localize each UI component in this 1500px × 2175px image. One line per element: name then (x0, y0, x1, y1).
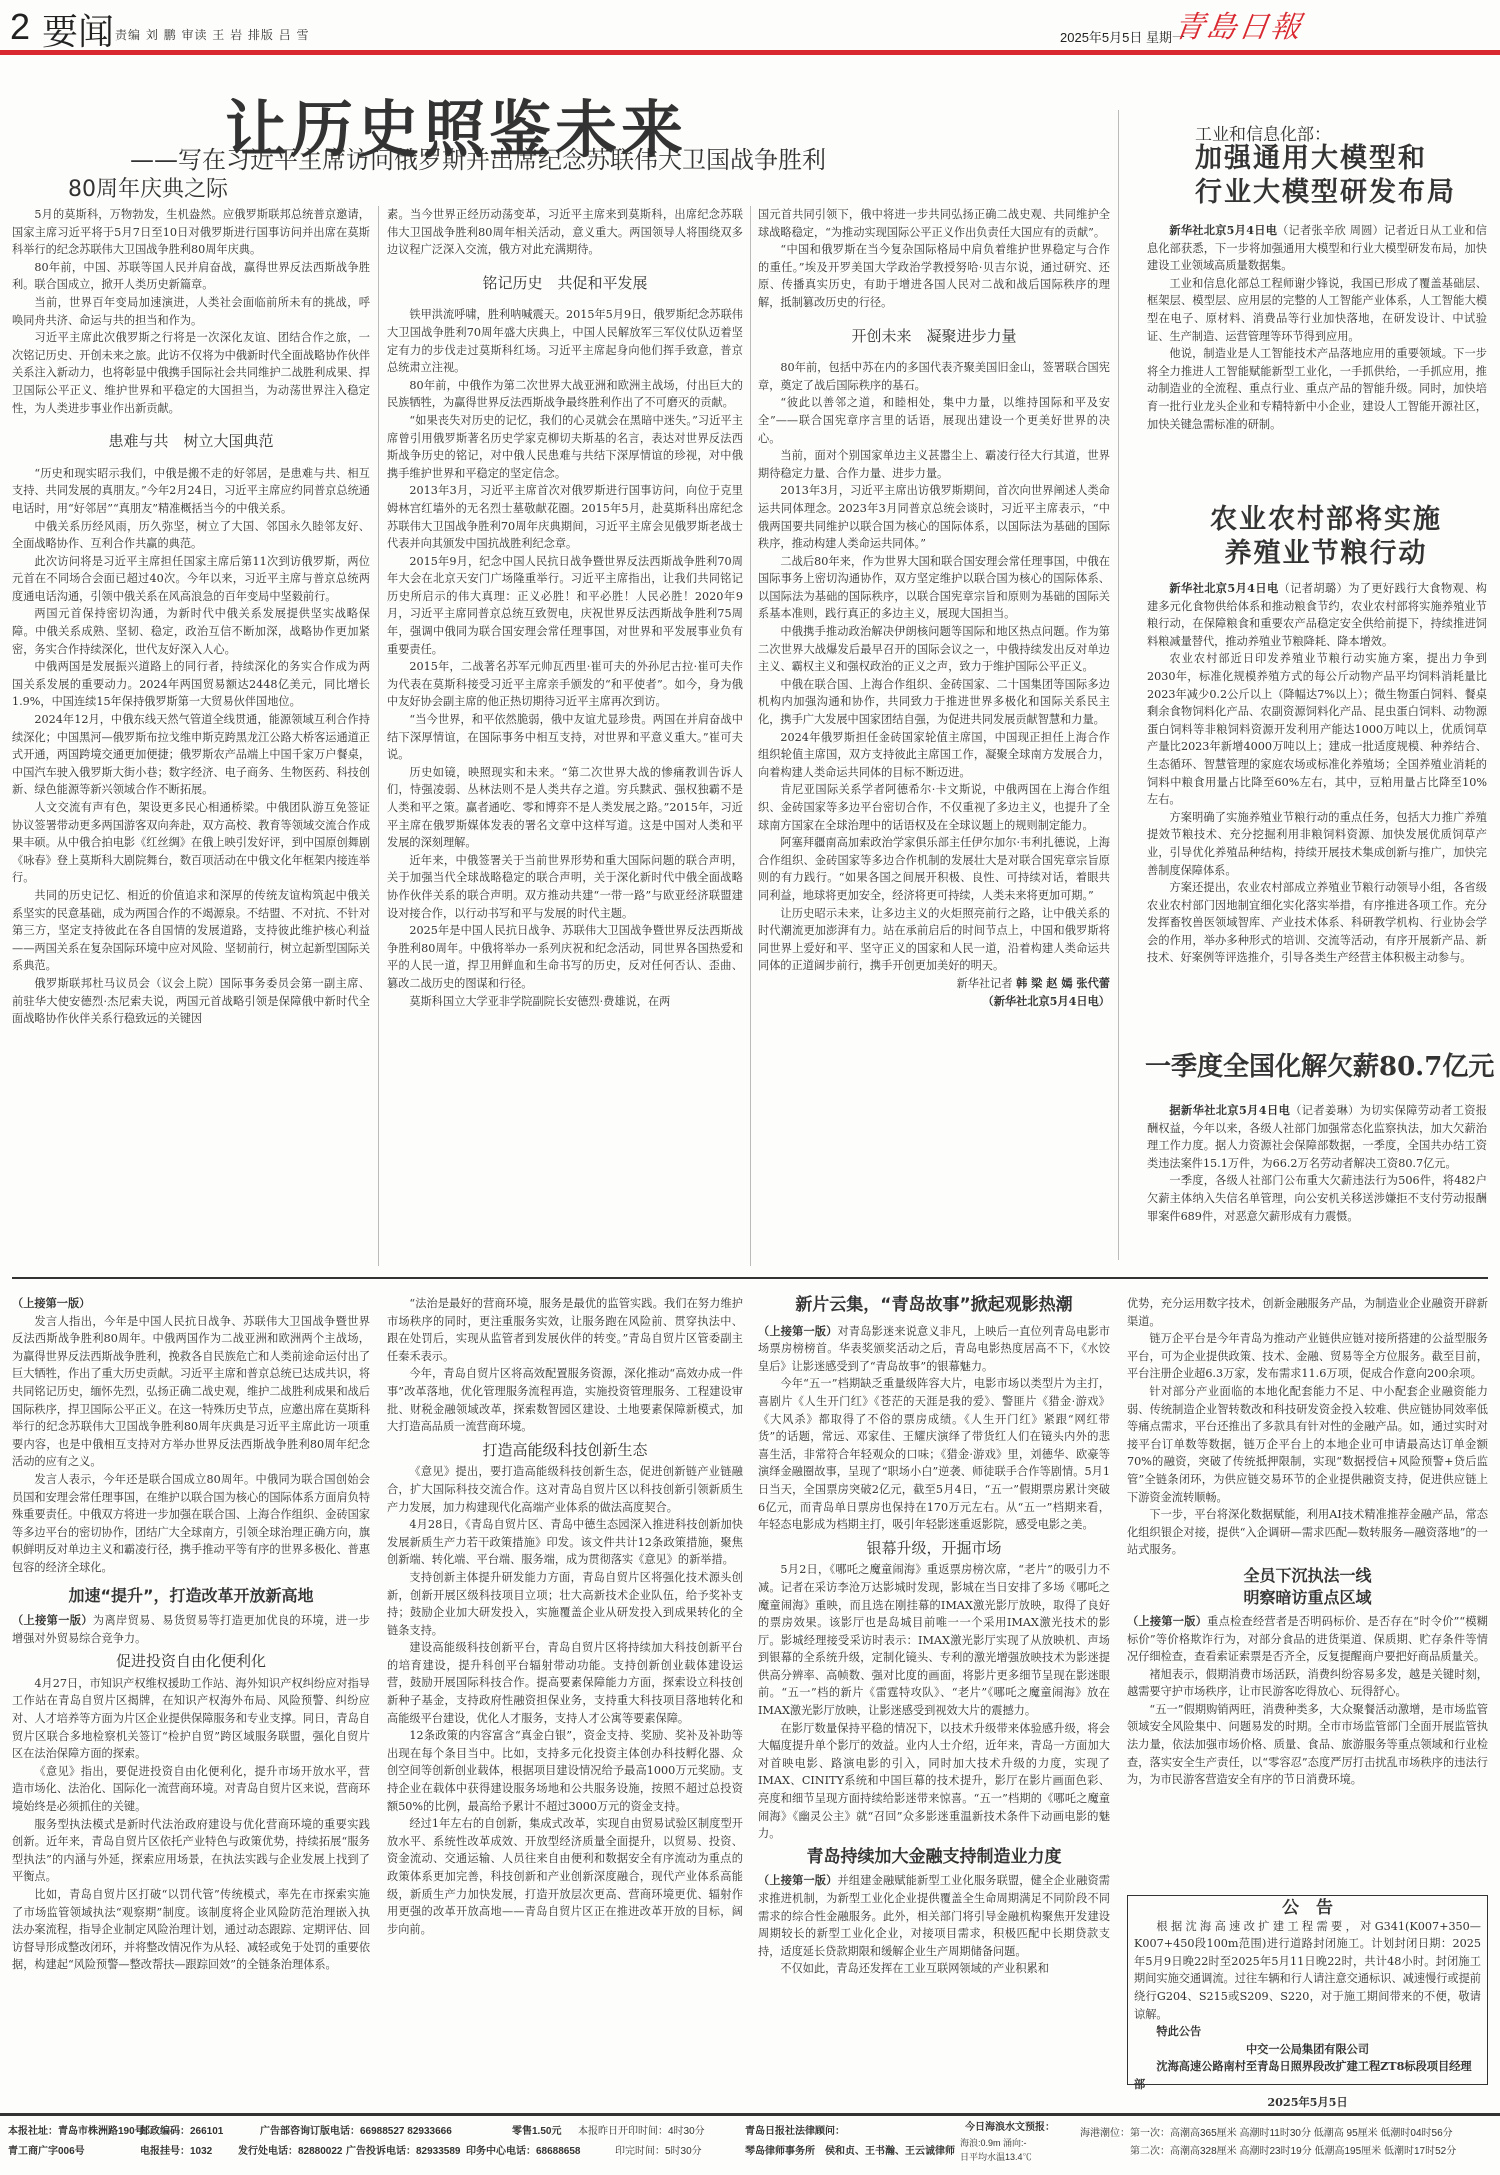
paragraph: 不仅如此，青岛还发挥在工业互联网领域的产业积累和 (758, 1960, 1110, 1978)
paragraph: 比如，青岛自贸片区打破“以罚代管”传统模式，率先在市探索实施了市场监管领域执法“… (12, 1886, 370, 1974)
footer-telegram: 电报挂号：1032 (140, 2142, 212, 2157)
paragraph: 2015年9月，纪念中国人民抗日战争暨世界反法西斯战争胜利70周年大会在北京天安… (387, 553, 743, 659)
reporter: （记者胡璐） (1279, 582, 1349, 595)
continued-label: （上接第一版） (758, 1324, 838, 1338)
paragraph: 中俄在联合国、上海合作组织、金砖国家、二十国集团等国际多边机构内加强沟通和协作，… (758, 676, 1110, 729)
notice-date: 2025年5月5日 (1134, 2094, 1481, 2112)
footer-license: 青工商广字006号 (8, 2142, 85, 2157)
public-notice-box: 公 告 根据沈海高速改扩建工程需要，对G341(K007+350—K007+45… (1127, 1895, 1488, 2085)
lower-column-4: 优势，充分运用数字技术，创新金融服务产品，为制造业企业融资开辟新渠道。 链万企平… (1127, 1295, 1488, 1789)
continued-label: （上接第一版） (12, 1613, 93, 1627)
footer-tide-2: 第二次：高潮高328厘米 高潮时23时19分 低潮高195厘米 低潮时17时52… (1130, 2142, 1456, 2157)
paragraph: 80年前，包括中苏在内的多国代表齐聚美国旧金山，签署联合国宪章，奠定了战后国际秩… (758, 359, 1110, 394)
paragraph: 4月27日，市知识产权维权援助工作站、海外知识产权纠纷应对指导工作站在青岛自贸片… (12, 1675, 370, 1763)
byline: 新华社记者 韩 梁 赵 嫣 张代蕾 (758, 975, 1110, 993)
paragraph: 莫斯科国立大学亚非学院副院长安德烈·费雄说，在两 (387, 993, 743, 1011)
footer-dist-phone: 发行处电话：82880022 (238, 2142, 343, 2157)
paragraph: 支持创新主体提升研发能力方面，青岛自贸片区将强化技术源头创新，创新开展区级科技项… (387, 1569, 743, 1639)
paragraph: 让历史昭示未来，让多边主义的火炬照亮前行之路，让中俄关系的时代潮流更加澎湃有力。… (758, 905, 1110, 975)
paragraph: 优势，充分运用数字技术，创新金融服务产品，为制造业企业融资开辟新渠道。 (1127, 1295, 1488, 1330)
side-article-headline: 加强通用大模型和 行业大模型研发布局 (1195, 142, 1456, 210)
notice-org: 沈海高速公路南村至青岛日照界段改扩建工程ZT8标段项目经理部 (1134, 2058, 1481, 2093)
footer-price: 零售1.50元 (512, 2122, 561, 2137)
lead-subtitle-line1: ——写在习近平主席访问俄罗斯并出席纪念苏联伟大卫国战争胜利 (130, 140, 826, 175)
paragraph: 近年来，中俄签署关于当前世界形势和重大国际问题的联合声明，关于加强当代全球战略稳… (387, 852, 743, 922)
footer-address: 本报社址：青岛市株洲路190号 (8, 2122, 145, 2137)
section-subheading: 促进投资自由化便利化 (12, 1653, 370, 1671)
side-article-2-body: 新华社北京5月4日电（记者胡璐）为了更好践行大食物观、构建多元化食物供给体系和推… (1147, 580, 1487, 967)
footer-forecast-title: 今日海浪水文预报： (965, 2118, 1055, 2133)
paragraph: 新华社北京5月4日电（记者张辛欣 周圆）记者近日从工业和信息化部获悉，下一步将加… (1147, 222, 1487, 275)
lower-column-3: 新片云集，“青岛故事”掀起观影热潮 （上接第一版）对青岛影迷来说意义非凡，上映后… (758, 1295, 1110, 1978)
reporter: （记者张辛欣 周圆） (1277, 224, 1384, 237)
side-article-headline: 农业农村部将实施 养殖业节粮行动 (1210, 503, 1442, 571)
dateline: （新华社北京5月4日电） (758, 993, 1110, 1011)
footer-print-start: 本报昨日开印时间：4时30分 (578, 2122, 705, 2137)
continued-label: （上接第一版） (758, 1873, 838, 1887)
footer-legal-label: 青岛日报社法律顾问： (745, 2122, 845, 2137)
paragraph: 《意见》提出，要打造高能级科技创新生态，促进创新链产业链融合，扩大国际科技交流合… (387, 1463, 743, 1516)
paragraph: 发言人表示，今年还是联合国成立80周年。中俄同为联合国创始会员国和安理会常任理事… (12, 1471, 370, 1577)
continued-label: （上接第一版） (1127, 1614, 1207, 1628)
paragraph: “中国和俄罗斯在当今复杂国际格局中肩负着维护世界稳定与合作的重任。”埃及开罗美国… (758, 241, 1110, 311)
paragraph: 今年“五一”档期缺乏重量级阵容大片，电影市场以类型片为主打，喜剧片《人生开门红》… (758, 1375, 1110, 1533)
paragraph: 工业和信息化部总工程师谢少锋说，我国已形成了覆盖基础层、框架层、模型层、应用层的… (1147, 275, 1487, 345)
paragraph: 人文交流有声有色，架设更多民心相通桥梁。中俄团队游互免签证协议签署带动更多两国游… (12, 799, 370, 887)
byline-label: 新华社记者 (957, 977, 1013, 990)
paragraph: 服务型执法模式是新时代法治政府建设与优化营商环境的重要实践创新。近年来，青岛自贸… (12, 1816, 370, 1886)
paragraph: 一季度，各级人社部门公布重大欠薪违法行为506件，将482户欠薪主体纳入失信名单… (1147, 1172, 1487, 1225)
paragraph: 针对部分产业面临的本地化配套能力不足、中小配套企业融资能力弱、传统制造企业智转数… (1127, 1383, 1488, 1506)
section-subheading: 患难与共 树立大国典范 (12, 433, 370, 451)
paragraph: 2024年12月，中俄东线天然气管道全线贯通，能源领域互利合作持续深化；中国黑河… (12, 711, 370, 799)
notice-org: 中交一公局集团有限公司 (1134, 2041, 1481, 2059)
paragraph: 12条政策的内容富含“真金白银”，资金支持、奖励、奖补及补助等出现在每个条目当中… (387, 1727, 743, 1815)
paragraph: 下一步，平台将深化数据赋能，利用AI技术精准推荐金融产品，常态化组织银企对接，提… (1127, 1506, 1488, 1559)
headline-line: 行业大模型研发布局 (1195, 176, 1456, 210)
article-headline: 全员下沉执法一线 明察暗访重点区域 (1127, 1565, 1488, 1609)
newspaper-logo: 青島日報 (1172, 2, 1306, 46)
paragraph: 80年前，中俄作为第二次世界大战亚洲和欧洲主战场，付出巨大的民族牺牲，为赢得世界… (387, 377, 743, 412)
paragraph: 农业农村部近日印发养殖业节粮行动实施方案，提出力争到2030年，标准化规模养殖方… (1147, 650, 1487, 808)
lead-article-column-3: 国元首共同引领下，俄中将进一步共同弘扬正确二战史观、共同维护全球战略稳定，“为推… (758, 206, 1110, 1010)
footer-postcode: 邮政编码：266101 (140, 2122, 223, 2137)
paragraph: 阿塞拜疆南高加索政治学家俱乐部主任伊尔加尔·韦利扎德说，上海合作组织、金砖国家等… (758, 834, 1110, 904)
paragraph: “五一”假期购销两旺，消费种类多，大众聚餐活动激增，是市场监管领域安全风险集中、… (1127, 1701, 1488, 1789)
section-name: 要闻 (42, 4, 114, 55)
footer-complaint-phone: 广告投诉电话：82933589 (346, 2142, 461, 2157)
paragraph: （上接第一版）为离岸贸易、易货贸易等打造更加优良的环境，进一步增强对外贸易综合竞… (12, 1612, 370, 1647)
paragraph: 肯尼亚国际关系学者阿德希尔·卡文斯说，中俄两国在上海合作组织、金砖国家等多边平台… (758, 781, 1110, 834)
lead-article-column-1: 5月的莫斯科，万物勃发，生机盎然。应俄罗斯联邦总统普京邀请，国家主席习近平将于5… (12, 206, 370, 1028)
paragraph: 铁甲洪流呼啸，胜利呐喊震天。2015年5月9日，俄罗斯纪念苏联伟大卫国战争胜利7… (387, 306, 743, 376)
paragraph: 共同的历史记忆、相近的价值追求和深厚的传统友谊构筑起中俄关系坚实的民意基础，成为… (12, 887, 370, 975)
side-article-headline: 一季度全国化解欠薪80.7亿元 (1145, 1050, 1494, 1084)
paragraph: 2013年3月，习近平主席首次对俄罗斯进行国事访问，向位于克里姆林宫红墙外的无名… (387, 482, 743, 552)
paragraph: “彼此以善邻之道，和睦相处，集中力量，以维持国际和平及安全”——联合国宪章序言里… (758, 394, 1110, 447)
dateline: 新华社北京5月4日电 (1169, 581, 1278, 595)
continued-label: （上接第一版） (12, 1295, 370, 1313)
headline-line: 加强通用大模型和 (1195, 142, 1456, 176)
paragraph: 经过1年左右的自创新，集成式改革，实现自由贸易试验区制度型开放水平、系统性改革成… (387, 1815, 743, 1938)
footer: 本报社址：青岛市株洲路190号 邮政编码：266101 广告部咨询订版电话：66… (0, 2113, 1500, 2175)
footer-water-temp: 日平均水温13.4℃ (960, 2150, 1032, 2163)
publication-date: 2025年5月5日 星期一 (1060, 27, 1185, 46)
headline-line: 农业农村部将实施 (1210, 503, 1442, 537)
paragraph: 2013年3月，习近平主席出访俄罗斯期间，首次向世界阐述人类命运共同体理念。20… (758, 482, 1110, 552)
page-number: 2 (10, 6, 30, 48)
paragraph: 二战后80年来，作为世界大国和联合国安理会常任理事国，中俄在国际事务上密切沟通协… (758, 553, 1110, 623)
dateline: 据新华社北京5月4日电 (1169, 1103, 1290, 1117)
notice-body: 根据沈海高速改扩建工程需要，对G341(K007+350—K007+450段10… (1134, 1918, 1481, 2024)
footer-tide-1: 第一次：高潮高365厘米 高潮时11时30分 低潮高 95厘米 低潮时04时56… (1130, 2124, 1453, 2139)
paragraph: “当今世界，和平依然脆弱，俄中友谊尤显珍贵。两国在并肩奋战中结下深厚情谊，在国际… (387, 711, 743, 764)
paragraph: 历史如镜，映照现实和未来。“第二次世界大战的惨痛教训告诉人们，恃强凌弱、丛林法则… (387, 764, 743, 852)
article-headline: 青岛持续加大金融支持制造业力度 (758, 1849, 1110, 1867)
paragraph: 2024年俄罗斯担任金砖国家轮值主席国，中国现正担任上海合作组织轮值主席国，双方… (758, 729, 1110, 782)
paragraph: 建设高能级科技创新平台，青岛自贸片区将持续加大科技创新平台的培育建设，提升科创平… (387, 1639, 743, 1727)
section-subheading: 开创未来 凝聚进步力量 (758, 328, 1110, 346)
reporter: （记者姜琳） (1290, 1104, 1360, 1117)
masthead: 2 要闻 责编 刘 鹏 审读 王 岩 排版 吕 雪 2025年5月5日 星期一 … (0, 0, 1500, 56)
paragraph: 方案还提出，农业农村部成立养殖业节粮行动领导小组，各省级农业农村部门因地制宜细化… (1147, 879, 1487, 967)
notice-title: 公 告 (1134, 1900, 1481, 1918)
paragraph: 此次访问将是习近平主席担任国家主席后第11次到访俄罗斯，两位元首在不同场合会面已… (12, 553, 370, 606)
paragraph: 中俄两国是发展振兴道路上的同行者，持续深化的务实合作成为两国关系发展的重要动力。… (12, 658, 370, 711)
section-subheading: 银幕升级，开掘市场 (758, 1540, 1110, 1558)
paragraph: 两国元首保持密切沟通，为新时代中俄关系发展提供坚实战略保障。中俄关系成熟、坚韧、… (12, 605, 370, 658)
paragraph: 当前，面对个别国家单边主义甚嚣尘上、霸凌行径大行其道，世界期待稳定力量、合作力量… (758, 447, 1110, 482)
lower-column-2: “法治是最好的营商环境，服务是最优的监管实践。我们在努力维护市场秩序的同时，更注… (387, 1295, 743, 1938)
paragraph: （上接第一版）并组建金融赋能新型工业化服务联盟，健全企业融资需求推进机制，为新型… (758, 1872, 1110, 1960)
paragraph: 5月2日，《哪吒之魔童闹海》重返票房榜次席，“老片”的吸引力不减。记者在采访李沧… (758, 1561, 1110, 1719)
column-divider (378, 206, 379, 1266)
paragraph: “如果丧失对历史的记忆，我们的心灵就会在黑暗中迷失。”习近平主席曾引用俄罗斯著名… (387, 412, 743, 482)
paragraph: 俄罗斯联邦杜马议员会（议会上院）国际事务委员会第一副主席、前驻华大使安德烈·杰尼… (12, 975, 370, 1028)
paragraph: 褚旭表示，假期消费市场活跃，消费纠纷容易多发，越是关键时刻，越需要守护市场秩序，… (1127, 1666, 1488, 1701)
footer-tide-label: 海港潮位： (1080, 2124, 1130, 2139)
paragraph: 今年，青岛自贸片区将高效配置服务资源，深化推动“高效办成一件事”改革落地，优化管… (387, 1365, 743, 1435)
lead-subtitle-line2: 80周年庆典之际 (68, 172, 228, 203)
article-headline: 加速“提升”，打造改革开放新高地 (12, 1587, 370, 1605)
headline-line: 全员下沉执法一线 (1127, 1565, 1488, 1587)
article-headline: 新片云集，“青岛故事”掀起观影热潮 (758, 1297, 1110, 1315)
paragraph: 2015年，二战著名苏军元帅瓦西里·崔可夫的外孙尼古拉·崔可夫作为代表在莫斯科接… (387, 658, 743, 711)
paragraph: 《意见》指出，要促进投资自由化便利化，提升市场开放水平，营造市场化、法治化、国际… (12, 1763, 370, 1816)
column-divider (1118, 110, 1119, 1260)
paragraph: “历史和现实昭示我们，中俄是搬不走的好邻居，是患难与共、相互支持、共同发展的真朋… (12, 465, 370, 518)
paragraph: 5月的莫斯科，万物勃发，生机盎然。应俄罗斯联邦总统普京邀请，国家主席习近平将于5… (12, 206, 370, 259)
footer-print-end: 印完时间：5时30分 (615, 2142, 702, 2157)
section-divider (12, 1277, 1488, 1279)
paragraph: 习近平主席此次俄罗斯之行将是一次深化友谊、团结合作之旅，一次铭记历史、开创未来之… (12, 329, 370, 417)
column-divider (750, 206, 751, 1266)
paragraph: 方案明确了实施养殖业节粮行动的重点任务，包括大力推广养殖提效节粮技术、充分挖掘利… (1147, 809, 1487, 879)
paragraph: 80年前，中国、苏联等国人民并肩奋战，赢得世界反法西斯战争胜利。联合国成立，掀开… (12, 259, 370, 294)
paragraph: 据新华社北京5月4日电（记者姜琳）为切实保障劳动者工资报酬权益，今年以来，各级人… (1147, 1102, 1487, 1172)
footer-legal-firm: 琴岛律师事务所 侯和贞、王书瀚、王云诚律师 (745, 2142, 955, 2157)
headline-line: 养殖业节粮行动 (1210, 537, 1442, 571)
footer-print-center: 印务中心电话：68688658 (466, 2142, 581, 2157)
paragraph: “法治是最好的营商环境，服务是最优的监管实践。我们在努力维护市场秩序的同时，更注… (387, 1295, 743, 1365)
section-subheading: 铭记历史 共促和平发展 (387, 275, 743, 293)
paragraph: 发言人指出，今年是中国人民抗日战争、苏联伟大卫国战争暨世界反法西斯战争胜利80周… (12, 1313, 370, 1471)
paragraph: 链万企平台是今年青岛为推动产业链供应链对接所搭建的公益型服务平台，可为企业提供政… (1127, 1330, 1488, 1383)
dateline: 新华社北京5月4日电 (1169, 223, 1277, 237)
paragraph: 2025年是中国人民抗日战争、苏联伟大卫国战争暨世界反法西斯战争胜利80周年。中… (387, 922, 743, 992)
lead-article-column-2: 素。当今世界正经历动荡变革，习近平主席来到莫斯科，出席纪念苏联伟大卫国战争胜利8… (387, 206, 743, 1010)
section-subheading: 打造高能级科技创新生态 (387, 1442, 743, 1460)
paragraph: 新华社北京5月4日电（记者胡璐）为了更好践行大食物观、构建多元化食物供给体系和推… (1147, 580, 1487, 650)
paragraph: 在影厅数量保持平稳的情况下，以技术升级带来体验感升级，将会大幅度提升单个影厅的效… (758, 1720, 1110, 1843)
notice-closing: 特此公告 (1134, 2023, 1481, 2041)
paragraph: 国元首共同引领下，俄中将进一步共同弘扬正确二战史观、共同维护全球战略稳定，“为推… (758, 206, 1110, 241)
paragraph: （上接第一版）对青岛影迷来说意义非凡，上映后一直位列青岛电影市场票房榜榜首。华表… (758, 1323, 1110, 1376)
lower-column-1: （上接第一版） 发言人指出，今年是中国人民抗日战争、苏联伟大卫国战争暨世界反法西… (12, 1295, 370, 1974)
footer-wave: 海浪:0.9m 涌向:- (960, 2136, 1027, 2149)
headline-line: 明察暗访重点区域 (1127, 1587, 1488, 1609)
header-rule (0, 50, 1500, 55)
paragraph: 他说，制造业是人工智能技术产品落地应用的重要领域。下一步将全力推进人工智能赋能新… (1147, 345, 1487, 433)
paragraph: 4月28日，《青岛自贸片区、青岛中德生态园深入推进科技创新加快发展新质生产力若干… (387, 1516, 743, 1569)
side-article-1-body: 新华社北京5月4日电（记者张辛欣 周圆）记者近日从工业和信息化部获悉，下一步将加… (1147, 222, 1487, 433)
byline-names: 韩 梁 赵 嫣 张代蕾 (1016, 976, 1110, 990)
paragraph: 中俄携手推动政治解决伊朗核问题等国际和地区热点问题。作为第二次世界大战爆发后最早… (758, 623, 1110, 676)
paragraph: （上接第一版）重点检查经营者是否明码标价、是否存在“时令价”“模糊标价”等价格欺… (1127, 1613, 1488, 1666)
paragraph: 当前，世界百年变局加速演进，人类社会面临前所未有的挑战，呼唤同舟共济、命运与共的… (12, 294, 370, 329)
paragraph: 素。当今世界正经历动荡变革，习近平主席来到莫斯科，出席纪念苏联伟大卫国战争胜利8… (387, 206, 743, 259)
paragraph: 中俄关系历经风雨，历久弥坚，树立了大国、邻国永久睦邻友好、全面战略协作、互利合作… (12, 518, 370, 553)
footer-ad-phone: 广告部咨询订版电话：66988527 82933666 (260, 2122, 452, 2137)
side-article-3-body: 据新华社北京5月4日电（记者姜琳）为切实保障劳动者工资报酬权益，今年以来，各级人… (1147, 1102, 1487, 1225)
editor-credits: 责编 刘 鹏 审读 王 岩 排版 吕 雪 (115, 26, 310, 43)
